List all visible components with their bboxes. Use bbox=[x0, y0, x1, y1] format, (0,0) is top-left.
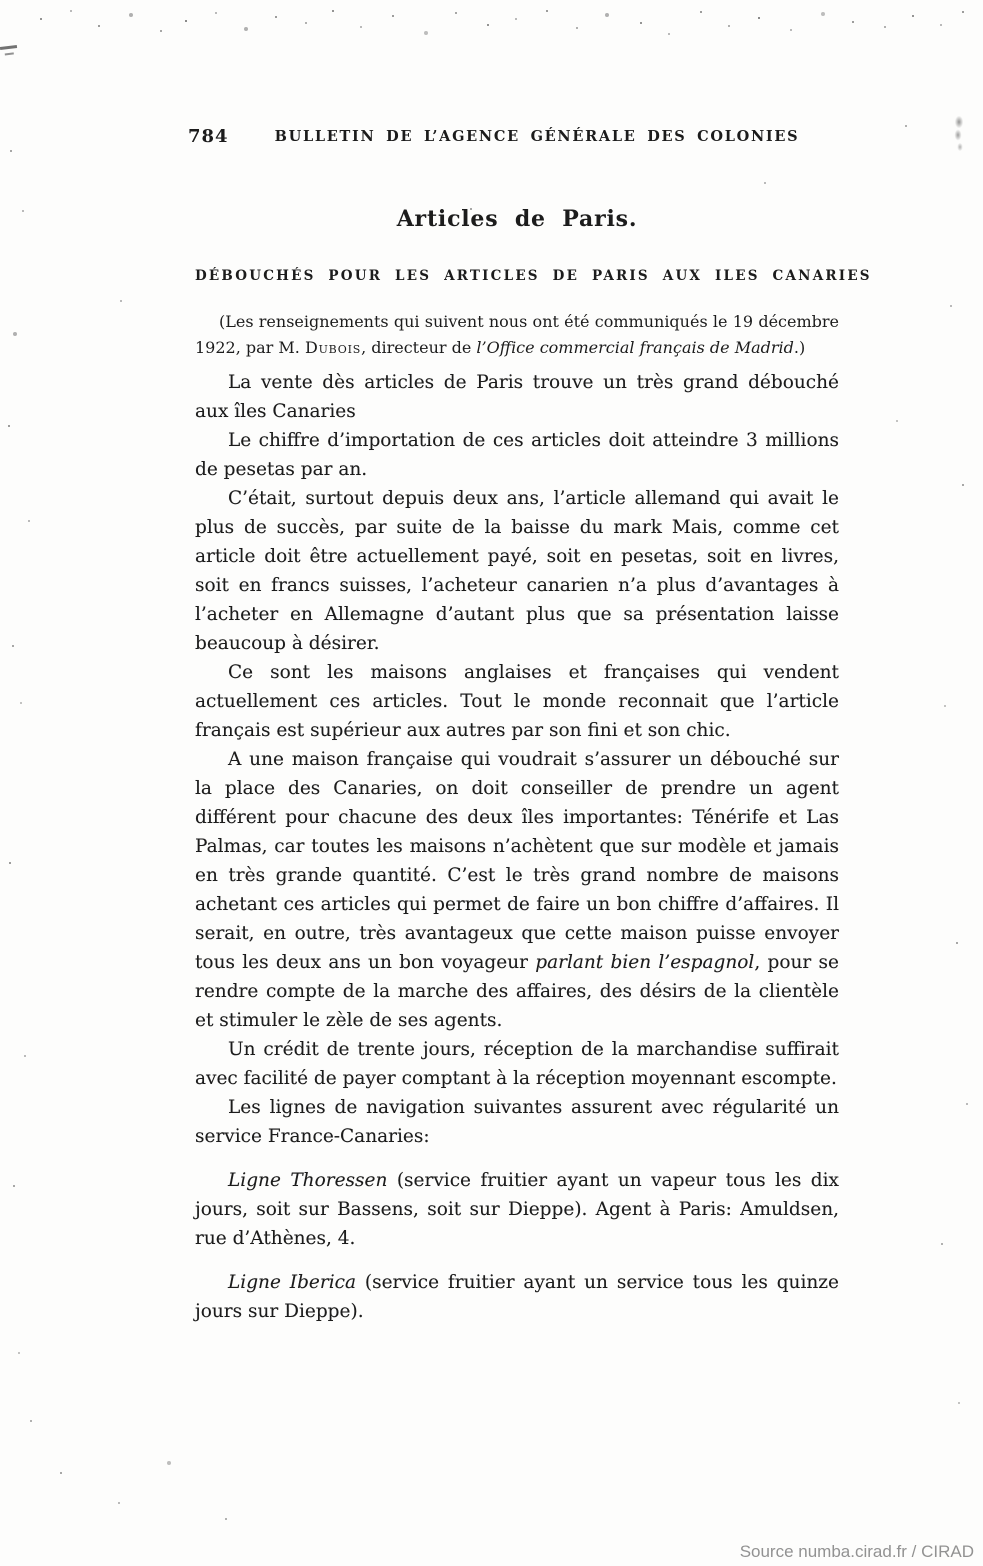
scan-artifact-dash bbox=[0, 45, 17, 50]
page-content: 784 BULLETIN DE L’AGENCE GÉNÉRALE DES CO… bbox=[195, 126, 839, 1326]
paragraph: Les lignes de navigation suivantes assur… bbox=[195, 1093, 839, 1151]
paragraph: A une maison française qui voudrait s’as… bbox=[195, 745, 839, 1035]
shipping-line-entry: Ligne Iberica (service fruitier ayant un… bbox=[195, 1268, 839, 1326]
paragraph: Un crédit de trente jours, réception de … bbox=[195, 1035, 839, 1093]
article-body: (Les renseignements qui suivent nous ont… bbox=[195, 309, 839, 1326]
scan-artifact-smudge bbox=[950, 110, 968, 158]
paragraph: Ce sont les maisons anglaises et françai… bbox=[195, 658, 839, 745]
paragraph: Le chiffre d’importation de ces articles… bbox=[195, 426, 839, 484]
scanned-document-page: 784 BULLETIN DE L’AGENCE GÉNÉRALE DES CO… bbox=[0, 0, 983, 1566]
source-credit: Source numba.cirad.fr / CIRAD bbox=[740, 1542, 974, 1562]
page-number: 784 bbox=[188, 126, 229, 147]
running-header: BULLETIN DE L’AGENCE GÉNÉRALE DES COLONI… bbox=[235, 128, 839, 145]
paragraph: C’était, surtout depuis deux ans, l’arti… bbox=[195, 484, 839, 658]
article-title: Articles de Paris. bbox=[195, 206, 839, 232]
page-header: 784 BULLETIN DE L’AGENCE GÉNÉRALE DES CO… bbox=[195, 126, 839, 150]
scan-noise-speckles bbox=[0, 0, 2, 2]
article-subtitle: DÉBOUCHÉS POUR LES ARTICLES DE PARIS AUX… bbox=[195, 268, 839, 284]
credit-note: (Les renseignements qui suivent nous ont… bbox=[195, 309, 839, 361]
paragraph: La vente dès articles de Paris trouve un… bbox=[195, 368, 839, 426]
shipping-line-entry: Ligne Thoressen (service fruitier ayant … bbox=[195, 1166, 839, 1253]
